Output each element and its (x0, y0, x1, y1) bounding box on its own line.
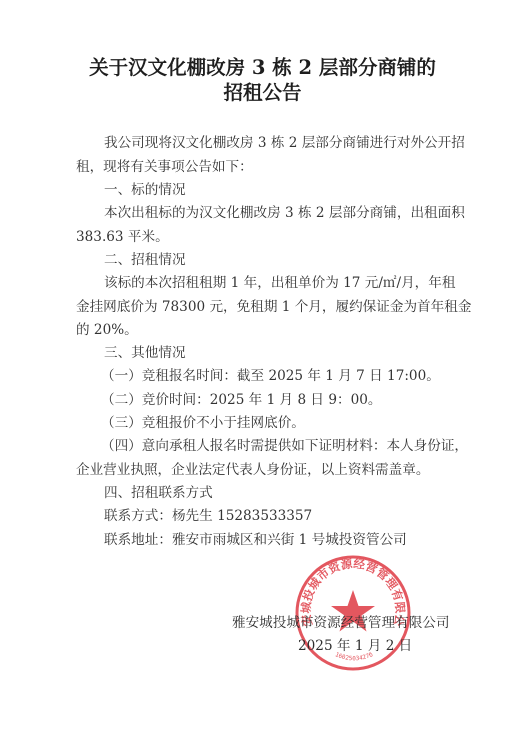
signing-company: 雅安城投城市资源经营管理有限公司 (232, 614, 450, 632)
section-3-heading: 三、其他情况 (104, 344, 186, 362)
section-2-line-1: 该标的本次招租租期 1 年，出租单价为 17 元/㎡/月，年租 (104, 274, 455, 292)
announcement-page: 关于汉文化棚改房 3 栋 2 层部分商铺的 招租公告 我公司现将汉文化棚改房 3… (0, 0, 525, 745)
section-3-item-3: （三）竞租报价不小于挂网底价。 (101, 414, 305, 432)
document-title-line-2: 招租公告 (60, 80, 465, 106)
contact-address: 联系地址：雅安市雨城区和兴街 1 号城投资管公司 (104, 531, 407, 549)
signing-date: 2025 年 1 月 2 日 (298, 637, 412, 655)
section-3-item-2: （二）竞价时间：2025 年 1 月 8 日 9：00。 (101, 391, 381, 409)
section-1-line-2: 383.63 平米。 (76, 228, 169, 246)
section-3-item-1: （一）竞租报名时间：截至 2025 年 1 月 7 日 17:00。 (101, 367, 440, 385)
section-4-heading: 四、招租联系方式 (104, 484, 213, 502)
contact-person: 联系方式：杨先生 15283533357 (104, 507, 312, 525)
section-3-item-4-line-2: 企业营业执照，企业法定代表人身份证，以上资料需盖章。 (76, 461, 429, 479)
section-2-line-3: 的 20%。 (76, 321, 138, 339)
section-2-heading: 二、招租情况 (104, 251, 186, 269)
intro-line-2: 租，现将有关事项公告如下： (76, 158, 253, 176)
section-1-heading: 一、标的情况 (104, 181, 186, 199)
document-title-line-1: 关于汉文化棚改房 3 栋 2 层部分商铺的 (60, 55, 465, 81)
section-1-line-1: 本次出租标的为汉文化棚改房 3 栋 2 层部分商铺，出租面积 (104, 204, 465, 222)
section-2-line-2: 金挂网底价为 78300 元，免租期 1 个月，履约保证金为首年租金 (76, 298, 471, 316)
intro-line-1: 我公司现将汉文化棚改房 3 栋 2 层部分商铺进行对外公开招 (104, 134, 465, 152)
section-3-item-4-line-1: （四）意向承租人报名时需提供如下证明材料：本人身份证， (101, 437, 468, 455)
